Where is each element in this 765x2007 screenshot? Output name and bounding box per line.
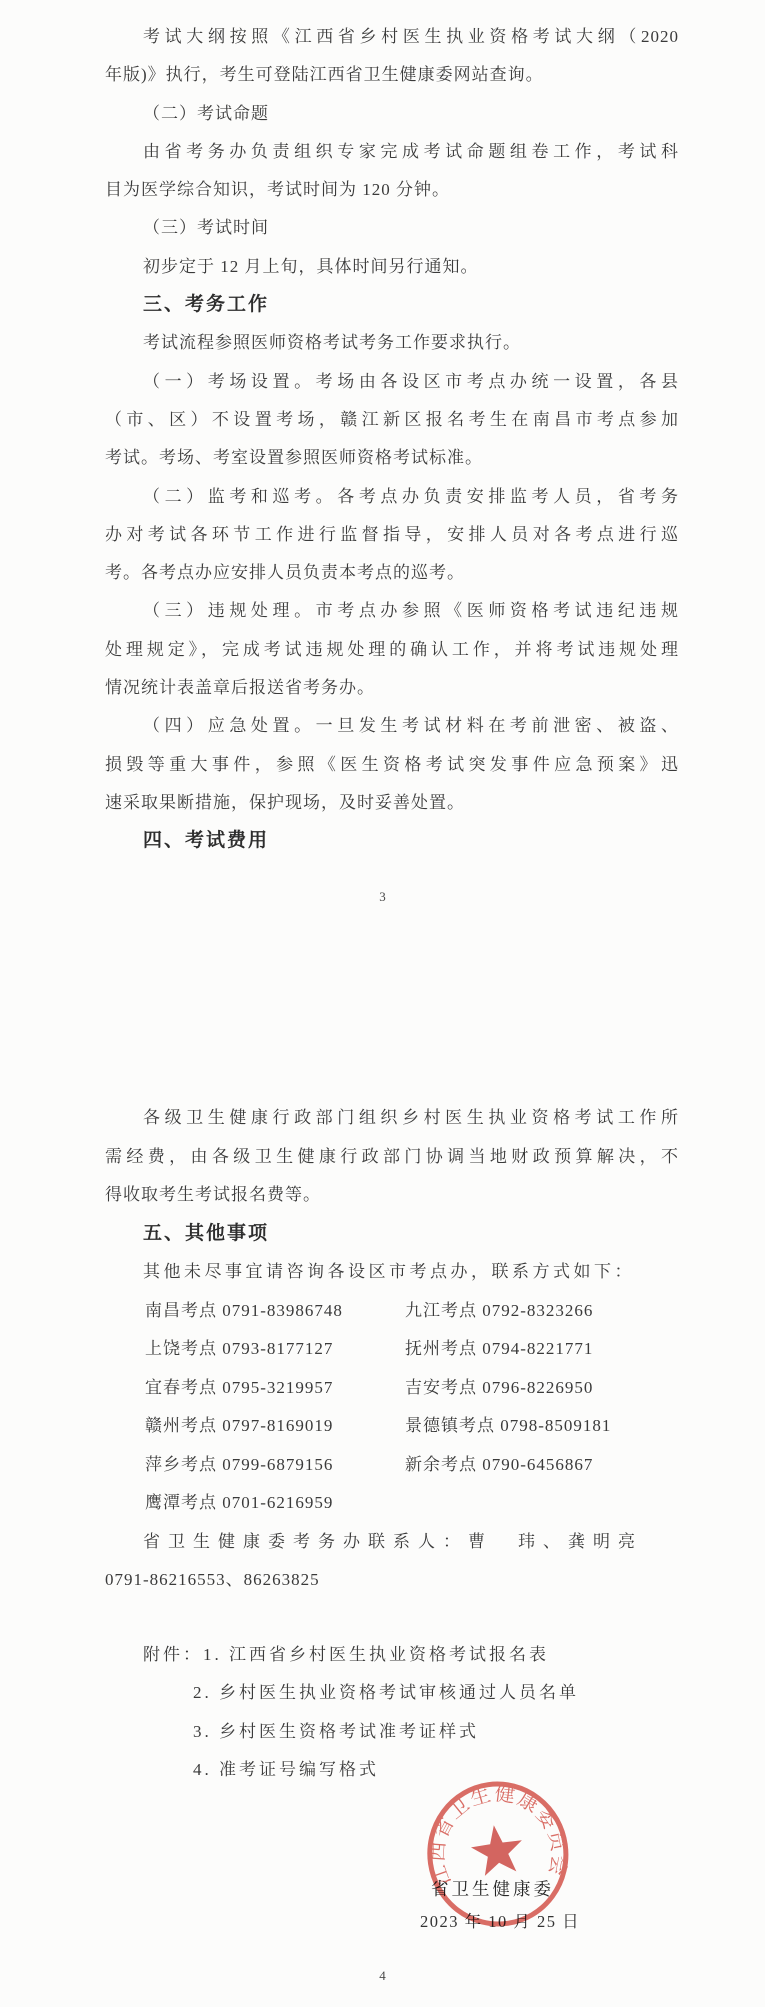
contact-right: 九江考点 0792-8323266 (405, 1292, 593, 1331)
contact-left: 赣州考点 0797-8169019 (145, 1407, 333, 1446)
doc-line: 需经费，由各级卫生健康行政部门协调当地财政预算解决，不 (105, 1138, 679, 1177)
section-heading: 五、其他事项 (105, 1215, 679, 1254)
contact-row: 南昌考点 0791-83986748九江考点 0792-8323266 (105, 1292, 679, 1331)
contact-right: 新余考点 0790-6456867 (405, 1446, 593, 1485)
contact-left: 鹰潭考点 0701-6216959 (145, 1484, 333, 1523)
doc-line: 4. 准考证号编写格式 (105, 1751, 679, 1790)
doc-line: 由省考务办负责组织专家完成考试命题组卷工作，考试科 (105, 133, 679, 171)
doc-line: （二）监考和巡考。各考点办负责安排监考人员，省考务 (105, 478, 679, 516)
doc-line: 考。各考点办应安排人员负责本考点的巡考。 (105, 554, 679, 592)
contact-row: 赣州考点 0797-8169019景德镇考点 0798-8509181 (105, 1407, 679, 1446)
doc-line: （二）考试命题 (105, 95, 679, 133)
doc-line: 得收取考生考试报名费等。 (105, 1176, 679, 1215)
doc-line: 考试流程参照医师资格考试考务工作要求执行。 (105, 324, 679, 362)
doc-line: 附件：1. 江西省乡村医生执业资格考试报名表 (105, 1636, 679, 1675)
doc-line (105, 1790, 679, 1829)
doc-line: 目为医学综合知识，考试时间为 120 分钟。 (105, 171, 679, 209)
seal-star-icon (468, 1822, 526, 1877)
section-heading: 四、考试费用 (105, 822, 679, 860)
doc-line: 2. 乡村医生执业资格考试审核通过人员名单 (105, 1674, 679, 1713)
doc-line: 损毁等重大事件，参照《医生资格考试突发事件应急预案》迅 (105, 746, 679, 784)
doc-line: （三）考试时间 (105, 209, 679, 247)
page-4-number: 4 (0, 1968, 765, 1984)
contact-row: 萍乡考点 0799-6879156新余考点 0790-6456867 (105, 1446, 679, 1485)
doc-line: 情况统计表盖章后报送省考务办。 (105, 669, 679, 707)
doc-line: （市、区）不设置考场，赣江新区报名考生在南昌市考点参加 (105, 401, 679, 439)
document-scan: 考试大纲按照《江西省乡村医生执业资格考试大纲（2020年版)》执行，考生可登陆江… (0, 0, 765, 2007)
contact-row: 上饶考点 0793-8177127抚州考点 0794-8221771 (105, 1330, 679, 1369)
contact-right: 景德镇考点 0798-8509181 (405, 1407, 611, 1446)
doc-line: 办对考试各环节工作进行监督指导，安排人员对各考点进行巡 (105, 516, 679, 554)
section-heading: 三、考务工作 (105, 286, 679, 324)
page-4-text: 各级卫生健康行政部门组织乡村医生执业资格考试工作所需经费，由各级卫生健康行政部门… (0, 1099, 765, 1828)
doc-line: （一）考场设置。考场由各设区市考点办统一设置，各县 (105, 363, 679, 401)
doc-line: 考试。考场、考室设置参照医师资格考试标准。 (105, 439, 679, 477)
doc-line: 各级卫生健康行政部门组织乡村医生执业资格考试工作所 (105, 1099, 679, 1138)
contact-row: 宜春考点 0795-3219957吉安考点 0796-8226950 (105, 1369, 679, 1408)
contact-right: 抚州考点 0794-8221771 (405, 1330, 593, 1369)
doc-line: 考试大纲按照《江西省乡村医生执业资格考试大纲（2020 (105, 18, 679, 56)
page-3-text: 考试大纲按照《江西省乡村医生执业资格考试大纲（2020年版)》执行，考生可登陆江… (0, 18, 765, 861)
contact-left: 萍乡考点 0799-6879156 (145, 1446, 333, 1485)
page-3-number: 3 (0, 889, 765, 905)
doc-line: （三）违规处理。市考点办参照《医师资格考试违纪违规 (105, 592, 679, 630)
doc-line: 速采取果断措施，保护现场，及时妥善处置。 (105, 784, 679, 822)
official-seal-icon: 江西省卫生健康委员会 (413, 1770, 582, 1939)
doc-line: 0791-86216553、86263825 (105, 1561, 679, 1600)
doc-line: 省卫生健康委考务办联系人：曹 玮、龚明亮 (105, 1523, 679, 1562)
doc-line: 其他未尽事宜请咨询各设区市考点办，联系方式如下： (105, 1253, 679, 1292)
contact-right: 吉安考点 0796-8226950 (405, 1369, 593, 1408)
doc-line: 初步定于 12 月上旬，具体时间另行通知。 (105, 248, 679, 286)
doc-line: 3. 乡村医生资格考试准考证样式 (105, 1713, 679, 1752)
doc-line: 处理规定》，完成考试违规处理的确认工作，并将考试违规处理 (105, 631, 679, 669)
contact-left: 上饶考点 0793-8177127 (145, 1330, 333, 1369)
doc-line: （四）应急处置。一旦发生考试材料在考前泄密、被盗、 (105, 707, 679, 745)
doc-line: 年版)》执行，考生可登陆江西省卫生健康委网站查询。 (105, 56, 679, 94)
contact-left: 宜春考点 0795-3219957 (145, 1369, 333, 1408)
contact-left: 南昌考点 0791-83986748 (145, 1292, 343, 1331)
contact-row: 鹰潭考点 0701-6216959 (105, 1484, 679, 1523)
